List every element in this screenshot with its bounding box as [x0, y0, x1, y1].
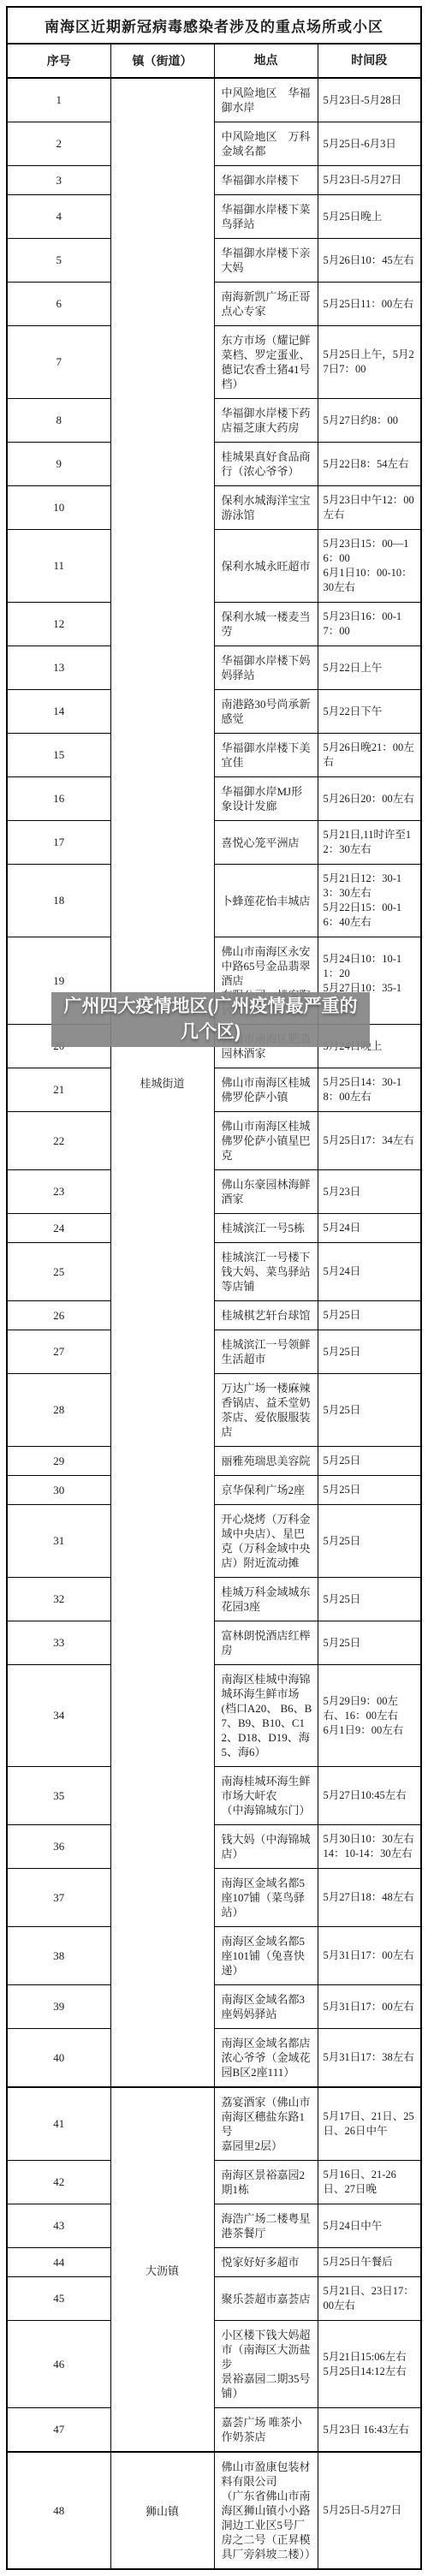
- table-row: 43海浩广场二楼粤星港茶餐厅5月24日中午: [7, 2204, 421, 2248]
- place-cell: 南港路30号尚承新感觉: [214, 690, 318, 734]
- table-row: 39南海区金域名都3座妈妈驿站5月31日17：00左右: [7, 1985, 421, 2029]
- place-cell: 南海区金域名都店浓心爷爷（金域花园B区2座111）: [214, 2029, 318, 2088]
- table-row: 16华福御水岸MJ形象设计发廊5月26日20：00左右: [7, 777, 421, 821]
- time-cell: 5月21日15:06左右 5月25日14:12左右: [318, 2321, 421, 2408]
- place-cell: 华福御水岸楼下菜鸟驿站: [214, 195, 318, 239]
- time-cell: 5月21日、23日17：00左右: [318, 2277, 421, 2321]
- row-index-cell: 44: [7, 2248, 110, 2277]
- time-cell: 5月22日8：54左右: [318, 443, 421, 486]
- table-row: 29丽雅苑瑞思美容院5月25日: [7, 1447, 421, 1476]
- row-index-cell: 28: [7, 1374, 110, 1447]
- row-index-cell: 12: [7, 603, 110, 646]
- time-cell: 5月25日上午，5月27日7：00: [318, 326, 421, 399]
- table-row: 27桂城滨江一号领鲜生活超市5月25日: [7, 1330, 421, 1374]
- table-row: 38南海区金域名都5座101铺（兔喜快递）5月31日17：00左右: [7, 1927, 421, 1985]
- place-cell: 聚乐荟超市嘉荟店: [214, 2277, 318, 2321]
- table-row: 30京华保利广场2座5月25日: [7, 1476, 421, 1505]
- row-index-cell: 11: [7, 530, 110, 603]
- table-row: 11保利水城永旺超市5月23日15：00—16：00 6月1日10：00-10：…: [7, 530, 421, 603]
- row-index-cell: 29: [7, 1447, 110, 1476]
- place-cell: 京华保利广场2座: [214, 1476, 318, 1505]
- time-cell: 5月22日下午: [318, 690, 421, 734]
- time-cell: 5月26日晚21：00左右: [318, 734, 421, 777]
- time-cell: 5月25日: [318, 1330, 421, 1374]
- place-cell: 佛山东豪园林海鲜酒家: [214, 1170, 318, 1214]
- town-cell: 大沥镇: [110, 2087, 214, 2452]
- place-cell: 佛山市南海区桂城佛罗伦萨小镇星巴克: [214, 1112, 318, 1170]
- table-row: 4华福御水岸楼下菜鸟驿站5月25日晚上: [7, 195, 421, 239]
- time-cell: 5月23日-5月28日: [318, 78, 421, 122]
- table-row: 2中风险地区 万科金域名都5月25日-6月3日: [7, 122, 421, 166]
- place-cell: 桂城滨江一号领鲜生活超市: [214, 1330, 318, 1374]
- page-root: 南海区近期新冠病毒感染者涉及的重点场所或小区 序号 镇（街道） 地点 时间段 1…: [0, 6, 428, 2570]
- row-index-cell: 18: [7, 865, 110, 937]
- table-row: 23佛山东豪园林海鲜酒家5月23日: [7, 1170, 421, 1214]
- place-cell: 华福御水岸楼下: [214, 166, 318, 195]
- table-row: 17喜悦心笼平洲店5月21日,11时许至12：30左右: [7, 821, 421, 865]
- table-row: 28万达广场一楼麻辣香锅店、益禾堂奶茶店、爱依服服装店5月25日: [7, 1374, 421, 1447]
- place-cell: 南海区金域名都5座101铺（兔喜快递）: [214, 1927, 318, 1985]
- time-cell: 5月29日9：00左右、16：00左右 6月1日9：00左右: [318, 1665, 421, 1767]
- row-index-cell: 13: [7, 646, 110, 690]
- place-cell: 南海新凯广场正哥点心专家: [214, 283, 318, 326]
- table-row: 33富林朗悦酒店红榉房5月25日: [7, 1621, 421, 1665]
- time-cell: 5月25日17：34左右: [318, 1112, 421, 1170]
- row-index-cell: 32: [7, 1578, 110, 1621]
- time-cell: 5月24日: [318, 1214, 421, 1243]
- row-index-cell: 17: [7, 821, 110, 865]
- table-row: 32桂城万科金域城东花园3座5月25日: [7, 1578, 421, 1621]
- table-row: 31开心烧烤（万科金域中央店）、星巴克（万科金域中央店）附近流动摊5月25日: [7, 1505, 421, 1578]
- table-row: 40南海区金域名都店浓心爷爷（金域花园B区2座111）5月31日17：38左右: [7, 2029, 421, 2088]
- row-index-cell: 27: [7, 1330, 110, 1374]
- place-cell: 中风险地区 华福御水岸: [214, 78, 318, 122]
- table-title: 南海区近期新冠病毒感染者涉及的重点场所或小区: [7, 7, 421, 44]
- time-cell: 5月27日18：48左右: [318, 1869, 421, 1927]
- row-index-cell: 34: [7, 1665, 110, 1767]
- place-cell: 万达广场一楼麻辣香锅店、益禾堂奶茶店、爱依服服装店: [214, 1374, 318, 1447]
- table-row: 45聚乐荟超市嘉荟店5月21日、23日17：00左右: [7, 2277, 421, 2321]
- table-row: 48狮山镇佛山市盈康包装材料有限公司 （广东省佛山市南海区狮山镇小小路洞边工业区…: [7, 2452, 421, 2569]
- row-index-cell: 1: [7, 78, 110, 122]
- place-cell: 海浩广场二楼粤星港茶餐厅: [214, 2204, 318, 2248]
- time-cell: 5月27日约8：00: [318, 399, 421, 443]
- table-row: 10保利水城海洋宝宝游泳馆5月23日中午12：00左右: [7, 486, 421, 530]
- time-cell: 5月27日10:45左右: [318, 1767, 421, 1825]
- row-index-cell: 43: [7, 2204, 110, 2248]
- row-index-cell: 40: [7, 2029, 110, 2088]
- table-row: 1桂城街道中风险地区 华福御水岸5月23日-5月28日: [7, 78, 421, 122]
- place-cell: 南海区桂城中海锦城环海生鲜市场(档口A20、 B6、B7、B9、B10、C12、…: [214, 1665, 318, 1767]
- time-cell: 5月21日,11时许至12：30左右: [318, 821, 421, 865]
- time-cell: 5月31日17：38左右: [318, 2029, 421, 2088]
- time-cell: 5月21日12：30-13：30左右 5月22日15：00-16：40左右: [318, 865, 421, 937]
- time-cell: 5月25日: [318, 1374, 421, 1447]
- place-cell: 佛山市南海区桂城佛罗伦萨小镇: [214, 1068, 318, 1112]
- table-row: 46小区楼下钱大妈超市（南海区大沥盐步 景裕嘉园二期35号铺）5月21日15:0…: [7, 2321, 421, 2408]
- place-cell: 保利水城海洋宝宝游泳馆: [214, 486, 318, 530]
- place-cell: 华福御水岸MJ形象设计发廊: [214, 777, 318, 821]
- place-cell: 桂城滨江一号5栋: [214, 1214, 318, 1243]
- table-row: 14南港路30号尚承新感觉5月22日下午: [7, 690, 421, 734]
- row-index-cell: 39: [7, 1985, 110, 2029]
- table-row: 3华福御水岸楼下5月23日-5月27日: [7, 166, 421, 195]
- place-cell: 东方市场（耀记鲜菜档、罗定蛋业、德记农香土猪41号档）: [214, 326, 318, 399]
- table-row: 6南海新凯广场正哥点心专家5月25日11：00左右: [7, 283, 421, 326]
- time-cell: 5月23日中午12：00左右: [318, 486, 421, 530]
- col-header-time: 时间段: [318, 44, 421, 78]
- row-index-cell: 36: [7, 1825, 110, 1869]
- col-header-town: 镇（街道）: [110, 44, 214, 78]
- row-index-cell: 35: [7, 1767, 110, 1825]
- place-cell: 卜蜂莲花怡丰城店: [214, 865, 318, 937]
- table-row: 7东方市场（耀记鲜菜档、罗定蛋业、德记农香土猪41号档）5月25日上午，5月27…: [7, 326, 421, 399]
- time-cell: 5月23日-5月27日: [318, 166, 421, 195]
- table-row: 47嘉荟广场 唯茶小作奶茶店5月23日 16:43左右: [7, 2408, 421, 2453]
- time-cell: 5月25日: [318, 1578, 421, 1621]
- header-row: 序号 镇（街道） 地点 时间段: [7, 44, 421, 78]
- table-row: 18卜蜂莲花怡丰城店5月21日12：30-13：30左右 5月22日15：00-…: [7, 865, 421, 937]
- watermark-overlay: 广州四大疫情地区(广州疫情最严重的几个区): [51, 992, 370, 1047]
- row-index-cell: 2: [7, 122, 110, 166]
- place-cell: 桂城万科金域城东花园3座: [214, 1578, 318, 1621]
- time-cell: 5月25日-5月27日: [318, 2452, 421, 2569]
- table-row: 36钱大妈（中海锦城店）5月30日10：30左右 14：10-14：30左右: [7, 1825, 421, 1869]
- table-row: 34南海区桂城中海锦城环海生鲜市场(档口A20、 B6、B7、B9、B10、C1…: [7, 1665, 421, 1767]
- table-row: 26桂城棋艺轩台球馆5月25日: [7, 1301, 421, 1330]
- table-row: 8华福御水岸楼下药店福芝康大药房5月27日约8：00: [7, 399, 421, 443]
- row-index-cell: 9: [7, 443, 110, 486]
- time-cell: 5月25日: [318, 1476, 421, 1505]
- table-row: 44悦家好好多超市5月25日午餐后: [7, 2248, 421, 2277]
- row-index-cell: 25: [7, 1243, 110, 1301]
- place-cell: 桂城棋艺轩台球馆: [214, 1301, 318, 1330]
- place-cell: 桂城果真好食品商行（浓心爷爷）: [214, 443, 318, 486]
- row-index-cell: 22: [7, 1112, 110, 1170]
- table-row: 9桂城果真好食品商行（浓心爷爷）5月22日8：54左右: [7, 443, 421, 486]
- table-row: 24桂城滨江一号5栋5月24日: [7, 1214, 421, 1243]
- row-index-cell: 30: [7, 1476, 110, 1505]
- place-cell: 喜悦心笼平洲店: [214, 821, 318, 865]
- row-index-cell: 3: [7, 166, 110, 195]
- place-cell: 南海桂城环海生鲜市场大屽农 （中海锦城东门）: [214, 1767, 318, 1825]
- row-index-cell: 6: [7, 283, 110, 326]
- time-cell: 5月26日20：00左右: [318, 777, 421, 821]
- place-cell: 南海区金域名都3座妈妈驿站: [214, 1985, 318, 2029]
- col-header-index: 序号: [7, 44, 110, 78]
- table-row: 5华福御水岸楼下亲大妈5月26日10：45左右: [7, 239, 421, 283]
- time-cell: 5月25日: [318, 1301, 421, 1330]
- place-cell: 华福御水岸楼下药店福芝康大药房: [214, 399, 318, 443]
- row-index-cell: 24: [7, 1214, 110, 1243]
- place-cell: 南海区景裕嘉园2期1栋: [214, 2161, 318, 2204]
- table-row: 15华福御水岸楼下美宜佳5月26日晚21：00左右: [7, 734, 421, 777]
- table-row: 21佛山市南海区桂城佛罗伦萨小镇5月25日14：30-18：00左右: [7, 1068, 421, 1112]
- row-index-cell: 21: [7, 1068, 110, 1112]
- row-index-cell: 26: [7, 1301, 110, 1330]
- row-index-cell: 33: [7, 1621, 110, 1665]
- place-cell: 丽雅苑瑞思美容院: [214, 1447, 318, 1476]
- row-index-cell: 23: [7, 1170, 110, 1214]
- time-cell: 5月23日16：00-17：00: [318, 603, 421, 646]
- table-row: 25桂城滨江一号楼下钱大妈、菜鸟驿站等店铺5月24日: [7, 1243, 421, 1301]
- row-index-cell: 37: [7, 1869, 110, 1927]
- table-body: 1桂城街道中风险地区 华福御水岸5月23日-5月28日2中风险地区 万科金域名都…: [7, 78, 421, 2569]
- row-index-cell: 7: [7, 326, 110, 399]
- row-index-cell: 48: [7, 2452, 110, 2569]
- place-cell: 悦家好好多超市: [214, 2248, 318, 2277]
- row-index-cell: 47: [7, 2408, 110, 2453]
- row-index-cell: 38: [7, 1927, 110, 1985]
- table-row: 41大沥镇荔宴酒家（佛山市南海区穗盐东路1号 嘉园里2层）5月17日、21日、2…: [7, 2087, 421, 2161]
- col-header-place: 地点: [214, 44, 318, 78]
- row-index-cell: 46: [7, 2321, 110, 2408]
- place-cell: 佛山市盈康包装材料有限公司 （广东省佛山市南海区狮山镇小小路洞边工业区5号厂房之…: [214, 2452, 318, 2569]
- time-cell: 5月16日、21-26日、27日晚: [318, 2161, 421, 2204]
- time-cell: 5月24日中午: [318, 2204, 421, 2248]
- place-cell: 桂城滨江一号楼下钱大妈、菜鸟驿站等店铺: [214, 1243, 318, 1301]
- row-index-cell: 15: [7, 734, 110, 777]
- row-index-cell: 10: [7, 486, 110, 530]
- row-index-cell: 16: [7, 777, 110, 821]
- place-cell: 华福御水岸楼下妈妈驿站: [214, 646, 318, 690]
- table-row: 42南海区景裕嘉园2期1栋5月16日、21-26日、27日晚: [7, 2161, 421, 2204]
- place-cell: 开心烧烤（万科金域中央店）、星巴克（万科金域中央店）附近流动摊: [214, 1505, 318, 1578]
- town-cell: 狮山镇: [110, 2452, 214, 2569]
- table-row: 13华福御水岸楼下妈妈驿站5月22日上午: [7, 646, 421, 690]
- place-cell: 嘉荟广场 唯茶小作奶茶店: [214, 2408, 318, 2453]
- time-cell: 5月31日17：00左右: [318, 1927, 421, 1985]
- time-cell: 5月31日17：00左右: [318, 1985, 421, 2029]
- row-index-cell: 42: [7, 2161, 110, 2204]
- time-cell: 5月23日: [318, 1170, 421, 1214]
- row-index-cell: 8: [7, 399, 110, 443]
- title-row: 南海区近期新冠病毒感染者涉及的重点场所或小区: [7, 7, 421, 44]
- row-index-cell: 14: [7, 690, 110, 734]
- time-cell: 5月24日: [318, 1243, 421, 1301]
- place-cell: 华福御水岸楼下亲大妈: [214, 239, 318, 283]
- covid-places-table: 南海区近期新冠病毒感染者涉及的重点场所或小区 序号 镇（街道） 地点 时间段 1…: [6, 6, 422, 2570]
- time-cell: 5月23日 16:43左右: [318, 2408, 421, 2453]
- table-row: 12保利水城一楼麦当劳5月23日16：00-17：00: [7, 603, 421, 646]
- place-cell: 小区楼下钱大妈超市（南海区大沥盐步 景裕嘉园二期35号铺）: [214, 2321, 318, 2408]
- row-index-cell: 41: [7, 2087, 110, 2161]
- time-cell: 5月26日10：45左右: [318, 239, 421, 283]
- time-cell: 5月17日、21日、25日、26日中午: [318, 2087, 421, 2161]
- time-cell: 5月25日11：00左右: [318, 283, 421, 326]
- table-row: 22佛山市南海区桂城佛罗伦萨小镇星巴克5月25日17：34左右: [7, 1112, 421, 1170]
- time-cell: 5月25日: [318, 1447, 421, 1476]
- time-cell: 5月25日: [318, 1505, 421, 1578]
- row-index-cell: 45: [7, 2277, 110, 2321]
- place-cell: 荔宴酒家（佛山市南海区穗盐东路1号 嘉园里2层）: [214, 2087, 318, 2161]
- time-cell: 5月22日上午: [318, 646, 421, 690]
- place-cell: 中风险地区 万科金域名都: [214, 122, 318, 166]
- time-cell: 5月23日15：00—16：00 6月1日10：00-10：30左右: [318, 530, 421, 603]
- row-index-cell: 5: [7, 239, 110, 283]
- place-cell: 保利水城永旺超市: [214, 530, 318, 603]
- place-cell: 钱大妈（中海锦城店）: [214, 1825, 318, 1869]
- time-cell: 5月25日晚上: [318, 195, 421, 239]
- place-cell: 华福御水岸楼下美宜佳: [214, 734, 318, 777]
- place-cell: 南海区金域名都5座107铺（菜鸟驿站）: [214, 1869, 318, 1927]
- time-cell: 5月25日14：30-18：00左右: [318, 1068, 421, 1112]
- time-cell: 5月30日10：30左右 14：10-14：30左右: [318, 1825, 421, 1869]
- time-cell: 5月25日: [318, 1621, 421, 1665]
- row-index-cell: 4: [7, 195, 110, 239]
- place-cell: 保利水城一楼麦当劳: [214, 603, 318, 646]
- table-row: 35南海桂城环海生鲜市场大屽农 （中海锦城东门）5月27日10:45左右: [7, 1767, 421, 1825]
- place-cell: 富林朗悦酒店红榉房: [214, 1621, 318, 1665]
- town-cell: 桂城街道: [110, 78, 214, 2087]
- table-row: 37南海区金域名都5座107铺（菜鸟驿站）5月27日18：48左右: [7, 1869, 421, 1927]
- row-index-cell: 31: [7, 1505, 110, 1578]
- time-cell: 5月25日-6月3日: [318, 122, 421, 166]
- time-cell: 5月25日午餐后: [318, 2248, 421, 2277]
- watermark-text: 广州四大疫情地区(广州疫情最严重的几个区): [56, 994, 365, 1045]
